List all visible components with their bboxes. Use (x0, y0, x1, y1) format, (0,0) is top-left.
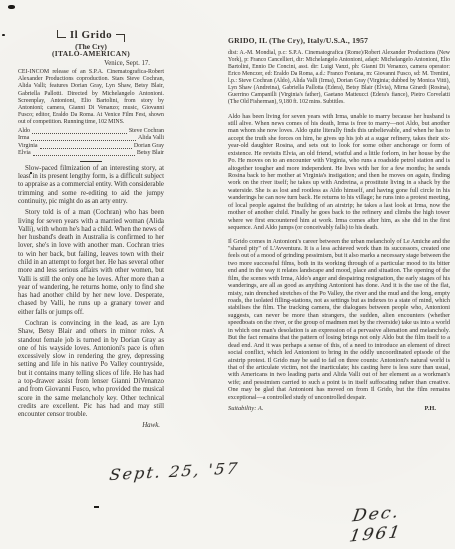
title-bracket-right-icon (116, 34, 125, 42)
cast-actor: Alida Valli (138, 135, 164, 143)
dot-leader (40, 148, 132, 149)
cast-row: Irma Alida Valli (18, 135, 164, 143)
review-paragraph: Slow-paced filmization of an interesting… (18, 165, 164, 206)
dot-leader (32, 133, 127, 134)
cast-role: Virginia (18, 143, 38, 151)
reviewer-signature: Hawk. (18, 422, 164, 429)
cast-actor: Steve Cochran (129, 128, 164, 136)
cast-role: Irma (18, 135, 29, 143)
cast-list: Aldo Steve Cochran Irma Alida Valli Virg… (18, 128, 164, 158)
synopsis-paragraph: Aldo has been living for seven years wit… (228, 113, 450, 232)
critique-paragraph: Il Grido comes in Antonioni's career bet… (228, 238, 450, 402)
suitability-rating: Suitability: A. (228, 405, 263, 412)
cast-actor: Dorian Gray (134, 143, 164, 151)
cast-role: Aldo (18, 128, 30, 136)
dot-leader (31, 140, 136, 141)
section-divider (80, 161, 102, 162)
bulletin-footer: Suitability: A. P.H. (228, 405, 450, 412)
review-paragraph: Cochran is convincing in the lead, as ar… (18, 320, 164, 419)
film-country: (ITALO-AMERICAN) (18, 50, 164, 58)
dateline: Venice, Sept. 17. (18, 60, 164, 67)
review-header: Il Grido (The Cry) (ITALO-AMERICAN) (18, 30, 164, 58)
bulletin-credits: dist: A.-M. Mondial, p.c: S.P.A. Cinemat… (228, 50, 450, 107)
cast-row: Aldo Steve Cochran (18, 128, 164, 136)
bulletin-heading: GRIDO, IL (The Cry), Italy/U.S.A., 1957 (228, 36, 450, 45)
dot-leader (33, 155, 135, 156)
scan-artifact (2, 34, 5, 36)
review-body: Slow-paced filmization of an interesting… (18, 165, 164, 419)
film-title: Il Grido (70, 30, 112, 42)
variety-review-clipping: Il Grido (The Cry) (ITALO-AMERICAN) Veni… (18, 30, 164, 429)
bulletin-review-clipping: GRIDO, IL (The Cry), Italy/U.S.A., 1957 … (228, 36, 450, 412)
review-paragraph: Story told is of a man (Cochran) who has… (18, 209, 164, 317)
cast-row: Elvia Betsy Blair (18, 150, 164, 158)
title-bracket-left-icon (57, 30, 66, 38)
bulletin-body: Aldo has been living for seven years wit… (228, 113, 450, 402)
cast-role: Elvia (18, 150, 31, 158)
reviewer-initials: P.H. (425, 405, 450, 412)
scan-artifact (94, 506, 99, 508)
cast-row: Virginia Dorian Gray (18, 143, 164, 151)
scan-artifact (8, 5, 15, 9)
cast-actor: Betsy Blair (137, 150, 164, 158)
production-credits: CEI-INCOM release of an S.P.A. Cinematog… (18, 69, 164, 126)
